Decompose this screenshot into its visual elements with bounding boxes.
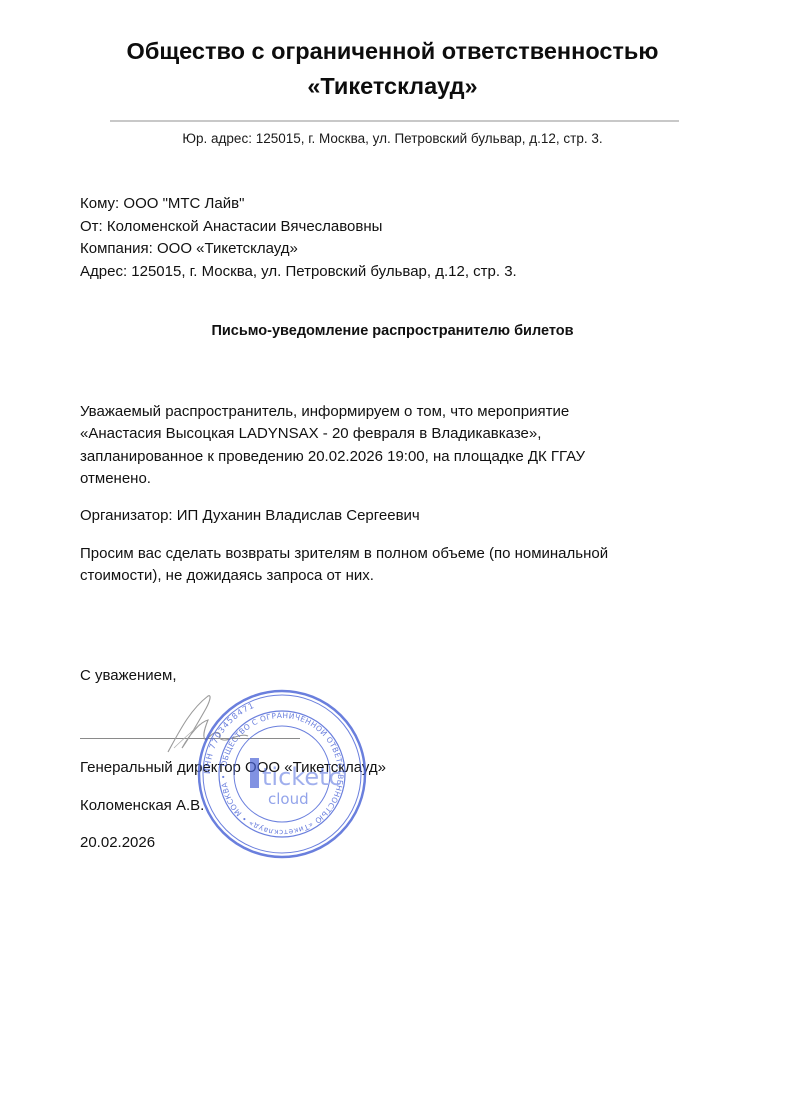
letter-subject: Письмо-уведомление распространителю биле…	[0, 323, 785, 339]
addressee-from: От: Коломенской Анастасии Вячеславовны	[80, 216, 517, 239]
addressee-block: Кому: ООО "МТС Лайв" От: Коломенской Ана…	[80, 193, 517, 283]
company-title-line2: «Тикетсклауд»	[0, 69, 785, 104]
notice-line: Уважаемый распространитель, информируем …	[80, 401, 700, 423]
notice-paragraph: Уважаемый распространитель, информируем …	[80, 401, 700, 490]
company-title-line1: Общество с ограниченной ответственностью	[0, 34, 785, 69]
closing-salutation: С уважением,	[80, 667, 177, 684]
svg-text:cloud: cloud	[268, 790, 309, 808]
notice-line: отменено.	[80, 468, 700, 490]
addressee-address: Адрес: 125015, г. Москва, ул. Петровский…	[80, 261, 517, 284]
notice-line: «Анастасия Высоцкая LADYNSAX - 20 феврал…	[80, 423, 700, 445]
signer-name: Коломенская А.В.	[80, 797, 204, 814]
refund-line: стоимости), не дожидаясь запроса от них.	[80, 565, 700, 587]
addressee-company: Компания: ООО «Тикетсклауд»	[80, 238, 517, 261]
addressee-to: Кому: ООО "МТС Лайв"	[80, 193, 517, 216]
refund-line: Просим вас сделать возвраты зрителям в п…	[80, 543, 700, 565]
signature-date: 20.02.2026	[80, 834, 155, 851]
header-divider	[110, 120, 679, 122]
refund-request-paragraph: Просим вас сделать возвраты зрителям в п…	[80, 543, 700, 588]
signer-position: Генеральный директор ООО «Тикетсклауд»	[80, 759, 386, 776]
legal-address: Юр. адрес: 125015, г. Москва, ул. Петров…	[0, 131, 785, 146]
handwritten-signature-icon	[160, 690, 250, 760]
organizer-line: Организатор: ИП Духанин Владислав Сергее…	[80, 505, 700, 527]
company-title: Общество с ограниченной ответственностью…	[0, 34, 785, 104]
signature-line	[80, 738, 300, 739]
notice-line: запланированное к проведению 20.02.2026 …	[80, 446, 700, 468]
